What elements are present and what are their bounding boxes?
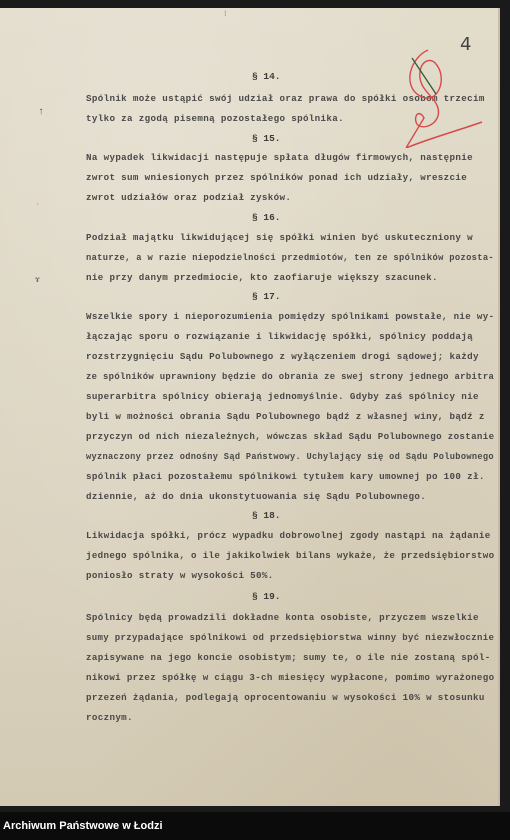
text-line: nie przy danym przedmiocie, kto zaofiaru… [86, 272, 438, 283]
text-line: Podział majątku likwidującej się spółki … [86, 232, 473, 243]
text-line: naturze, a w razie niepodzielności przed… [86, 252, 494, 263]
handwritten-annotation-icon [390, 38, 510, 148]
section-heading: § 14. [252, 71, 281, 82]
text-line: spólnik płaci pozostałemu spólnikowi tyt… [86, 471, 485, 482]
page-number-annotation: 4 [460, 34, 471, 55]
text-line: Spólnicy będą prowadzili dokładne konta … [86, 612, 479, 623]
text-line: wyznaczony przez odnośny Sąd Państwowy. … [86, 451, 494, 462]
section-heading: § 19. [252, 591, 281, 602]
text-line: ze spólników uprawniony będzie do obrani… [86, 371, 494, 382]
text-line: zwrot udziałów oraz podział zysków. [86, 192, 291, 203]
section-heading: § 17. [252, 291, 281, 302]
text-line: poniosło straty w wysokości 50%. [86, 570, 274, 581]
section-heading: § 18. [252, 510, 281, 521]
text-line: zwrot sum wniesionych przez spólników po… [86, 172, 467, 183]
text-line: łączając sporu o rozwiązanie i likwidacj… [86, 331, 473, 342]
text-line: zapisywane na jego koncie osobistym; sum… [86, 652, 491, 663]
section-heading: § 16. [252, 212, 281, 223]
section-heading: § 15. [252, 133, 281, 144]
text-line: nikowi przez spółkę w ciągu 3-ch miesięc… [86, 672, 494, 683]
text-line: Wszelkie spory i nieporozumienia pomiędz… [86, 311, 494, 322]
text-line: Na wypadek likwidacji następuje spłata d… [86, 152, 473, 163]
text-line: superarbitra spólnicy obierają jednomyśl… [86, 391, 479, 402]
text-line: rozstrzygnięciu Sądu Polubownego z wyłąc… [86, 351, 479, 362]
text-line: jednego spólnika, o ile jakikolwiek bila… [86, 550, 494, 561]
text-line: dziennie, aż do dnia ukonstytuowania się… [86, 491, 426, 502]
text-line: byli w możności obrania Sądu Polubownego… [86, 411, 485, 422]
document-page: ⁝ 4 ↑ · ɤ § 14. Spólnik może ustąpić swó… [0, 8, 500, 806]
text-line: rocznym. [86, 712, 133, 723]
archive-caption: Archiwum Państwowe w Łodzi [3, 820, 163, 832]
text-line: przezeń żądania, podlegają oprocentowani… [86, 692, 485, 703]
text-line: Likwidacja spółki, prócz wypadku dobrowo… [86, 530, 491, 541]
text-line: przyczyn od nich niezależnych, wówczas s… [86, 431, 494, 442]
text-line: sumy przypadające spólnikowi od przedsię… [86, 632, 494, 643]
text-line: tylko za zgodą pisemną pozostałego spóln… [86, 113, 344, 124]
